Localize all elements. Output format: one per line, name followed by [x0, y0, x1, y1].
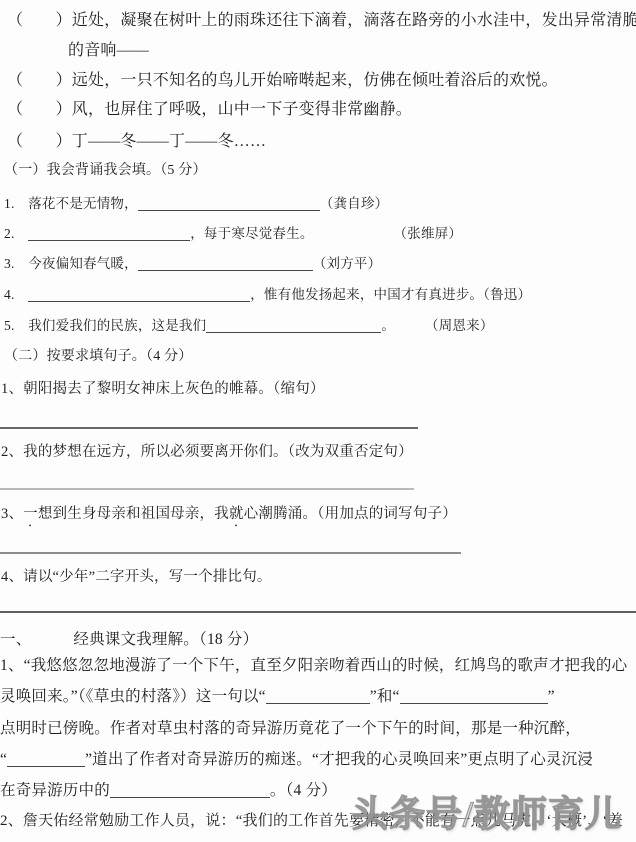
- text-run: 心潮腾涌。（用加点的词写句子）: [244, 506, 457, 522]
- section-2-heading: （二）按要求填句子。（4 分）: [4, 348, 193, 366]
- answer-rule-2: [0, 488, 414, 490]
- answer-blank-line: [28, 288, 250, 302]
- text-run: （二）按要求填句子。（4 分）: [4, 349, 193, 364]
- spacing-gap: [31, 643, 73, 644]
- text-run: （龚自珍）: [320, 196, 389, 211]
- text-run: 1. 落花不是无情物，: [4, 196, 138, 211]
- rewrite-q2: 2、我的梦想在远方，所以必须要离开你们。（改为双重否定句）: [1, 443, 413, 462]
- rewrite-q3: 3、一想到生身母亲和祖国母亲，我就心潮腾涌。（用加点的词写句子）: [1, 505, 457, 530]
- seq-item-4: （ ）丁——冬——丁——冬……: [7, 131, 266, 152]
- text-run: 3、: [1, 506, 23, 522]
- text-run: （ ）远处，一只不知名的鸟儿开始啼啭起来，仿佛在倾吐着浴后的欢悦。: [7, 72, 558, 89]
- reading-q1-line-1: 1、“我悠悠忽忽地漫游了一个下午，直至夕阳亲吻着西山的时候，红鸠鸟的歌声才把我的…: [0, 656, 627, 676]
- text-run: （一）我会背诵我会填。（5 分）: [4, 163, 207, 178]
- text-run: 灵唤回来。”（《草虫的村落》）这一句以“: [0, 688, 266, 705]
- seq-item-1-line-2: 的音响——: [68, 40, 149, 61]
- text-run: 。: [381, 318, 395, 333]
- text-run: ，每于寒尽觉春生。: [190, 226, 313, 241]
- reading-q2-line-1: 2、詹天佑经常勉励工作人员，说：“我们的工作首先要精密，不能有一点儿马虎。‘大概…: [0, 812, 623, 832]
- answer-blank-line: [138, 197, 320, 211]
- text-run: 的音响——: [68, 42, 149, 59]
- text-run: 2.: [4, 226, 28, 241]
- rewrite-q1: 1、朝阳揭去了黎明女神床上灰色的帷幕。（缩句）: [1, 380, 325, 399]
- text-run: 4、请以“少年”二字开头，写一个排比句。: [1, 569, 272, 585]
- answer-rule-1: [0, 427, 418, 429]
- answer-blank-line: [7, 753, 85, 767]
- text-run: 5. 我们爱我们的民族，这是我们: [4, 318, 206, 333]
- text-run: “: [0, 751, 7, 768]
- text-run: ”: [548, 688, 555, 705]
- rewrite-q4: 4、请以“少年”二字开头，写一个排比句。: [1, 568, 272, 587]
- text-run: ”道出了作者对奇异游历的痴迷。“才把我的心灵唤回来”更点明了心灵沉浸: [85, 751, 593, 768]
- text-run: 一、: [0, 631, 31, 648]
- text-run: 在奇异游历中的: [0, 782, 110, 799]
- recite-q3: 3. 今夜偏知春气暖，（刘方平）: [4, 255, 381, 273]
- answer-blank-line: [28, 227, 190, 241]
- reading-q1-line-5: 在奇异游历中的。（4 分）: [0, 781, 337, 801]
- seq-item-1-line-1: （ ）近处，凝聚在树叶上的雨珠还往下滴着，滴落在路旁的小水洼中，发出异常清脆: [7, 10, 636, 31]
- spacing-gap: [314, 237, 394, 238]
- seq-item-3: （ ）风，也屏住了呼吸，山中一下子变得非常幽静。: [7, 99, 412, 120]
- text-run: ”和“: [370, 688, 400, 705]
- text-run: （ ）风，也屏住了呼吸，山中一下子变得非常幽静。: [7, 101, 412, 118]
- seq-item-2: （ ）远处，一只不知名的鸟儿开始啼啭起来，仿佛在倾吐着浴后的欢悦。: [7, 70, 558, 91]
- answer-blank-line: [110, 784, 270, 798]
- answer-rule-3: [0, 552, 461, 554]
- answer-blank-line: [266, 690, 370, 704]
- recite-q4: 4. ，惟有他发扬起来，中国才有真进步。（鲁迅）: [4, 286, 531, 304]
- text-run: 3. 今夜偏知春气暖，: [4, 256, 138, 271]
- reading-q1-line-3: 点明时已傍晚。作者对草虫村落的奇异游历竟花了一个下午的时间，那是一种沉醉，: [0, 719, 581, 739]
- text-run: （周恩来）: [425, 318, 494, 333]
- exam-paper-page: 头条号/教师育儿 （ ）近处，凝聚在树叶上的雨珠还往下滴着，滴落在路旁的小水洼中…: [0, 0, 636, 842]
- text-run: （ ）近处，凝聚在树叶上的雨珠还往下滴着，滴落在路旁的小水洼中，发出异常清脆: [7, 12, 636, 29]
- text-run: 2、詹天佑经常勉励工作人员，说：“我们的工作首先要精密，不能有一点儿马虎。‘大概…: [0, 813, 623, 829]
- text-run: （张维屏）: [394, 226, 463, 241]
- text-run: 1、朝阳揭去了黎明女神床上灰色的帷幕。（缩句）: [1, 381, 325, 397]
- recite-q2: 2. ，每于寒尽觉春生。（张维屏）: [4, 225, 462, 243]
- emphasis-dot-char: 就: [229, 506, 244, 522]
- spacing-gap: [395, 329, 425, 330]
- emphasis-dot-char: 一: [23, 506, 38, 522]
- text-run: （ ）丁——冬——丁——冬……: [7, 133, 266, 150]
- part-1-heading: 一、经典课文我理解。（18 分）: [0, 630, 258, 650]
- text-run: ，惟有他发扬起来，中国才有真进步。（鲁迅）: [250, 287, 531, 302]
- recite-q5: 5. 我们爱我们的民族，这是我们。（周恩来）: [4, 317, 494, 335]
- recite-q1: 1. 落花不是无情物，（龚自珍）: [4, 195, 388, 213]
- text-run: 想到生身母亲和祖国母亲，我: [38, 506, 229, 522]
- text-run: （刘方平）: [313, 256, 382, 271]
- answer-blank-line: [400, 690, 548, 704]
- text-run: 经典课文我理解。（18 分）: [73, 631, 258, 648]
- answer-blank-line: [206, 319, 381, 333]
- text-run: 1、“我悠悠忽忽地漫游了一个下午，直至夕阳亲吻着西山的时候，红鸠鸟的歌声才把我的…: [0, 657, 627, 674]
- text-run: 。（4 分）: [270, 782, 337, 799]
- reading-q1-line-2: 灵唤回来。”（《草虫的村落》）这一句以“”和“”: [0, 687, 555, 707]
- text-run: 4.: [4, 287, 28, 302]
- section-1-heading: （一）我会背诵我会填。（5 分）: [4, 162, 207, 180]
- text-run: 2、我的梦想在远方，所以必须要离开你们。（改为双重否定句）: [1, 444, 413, 460]
- reading-q1-line-4: “”道出了作者对奇异游历的痴迷。“才把我的心灵唤回来”更点明了心灵沉浸: [0, 750, 593, 770]
- text-run: 点明时已傍晚。作者对草虫村落的奇异游历竟花了一个下午的时间，那是一种沉醉，: [0, 720, 581, 737]
- answer-blank-line: [138, 257, 313, 271]
- answer-rule-4: [0, 611, 636, 613]
